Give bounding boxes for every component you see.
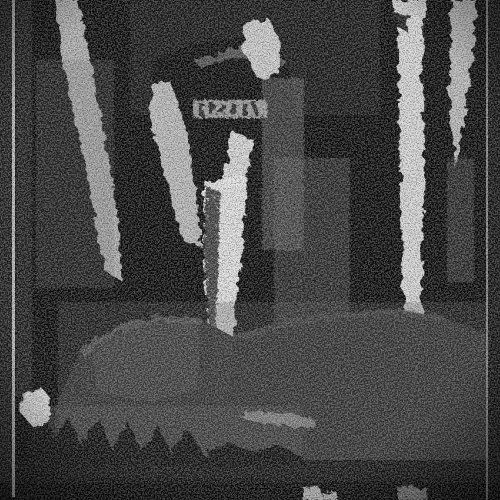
album-artwork-photo	[0, 0, 500, 500]
artwork-canvas	[0, 0, 500, 500]
vignette-overlay	[0, 0, 500, 500]
